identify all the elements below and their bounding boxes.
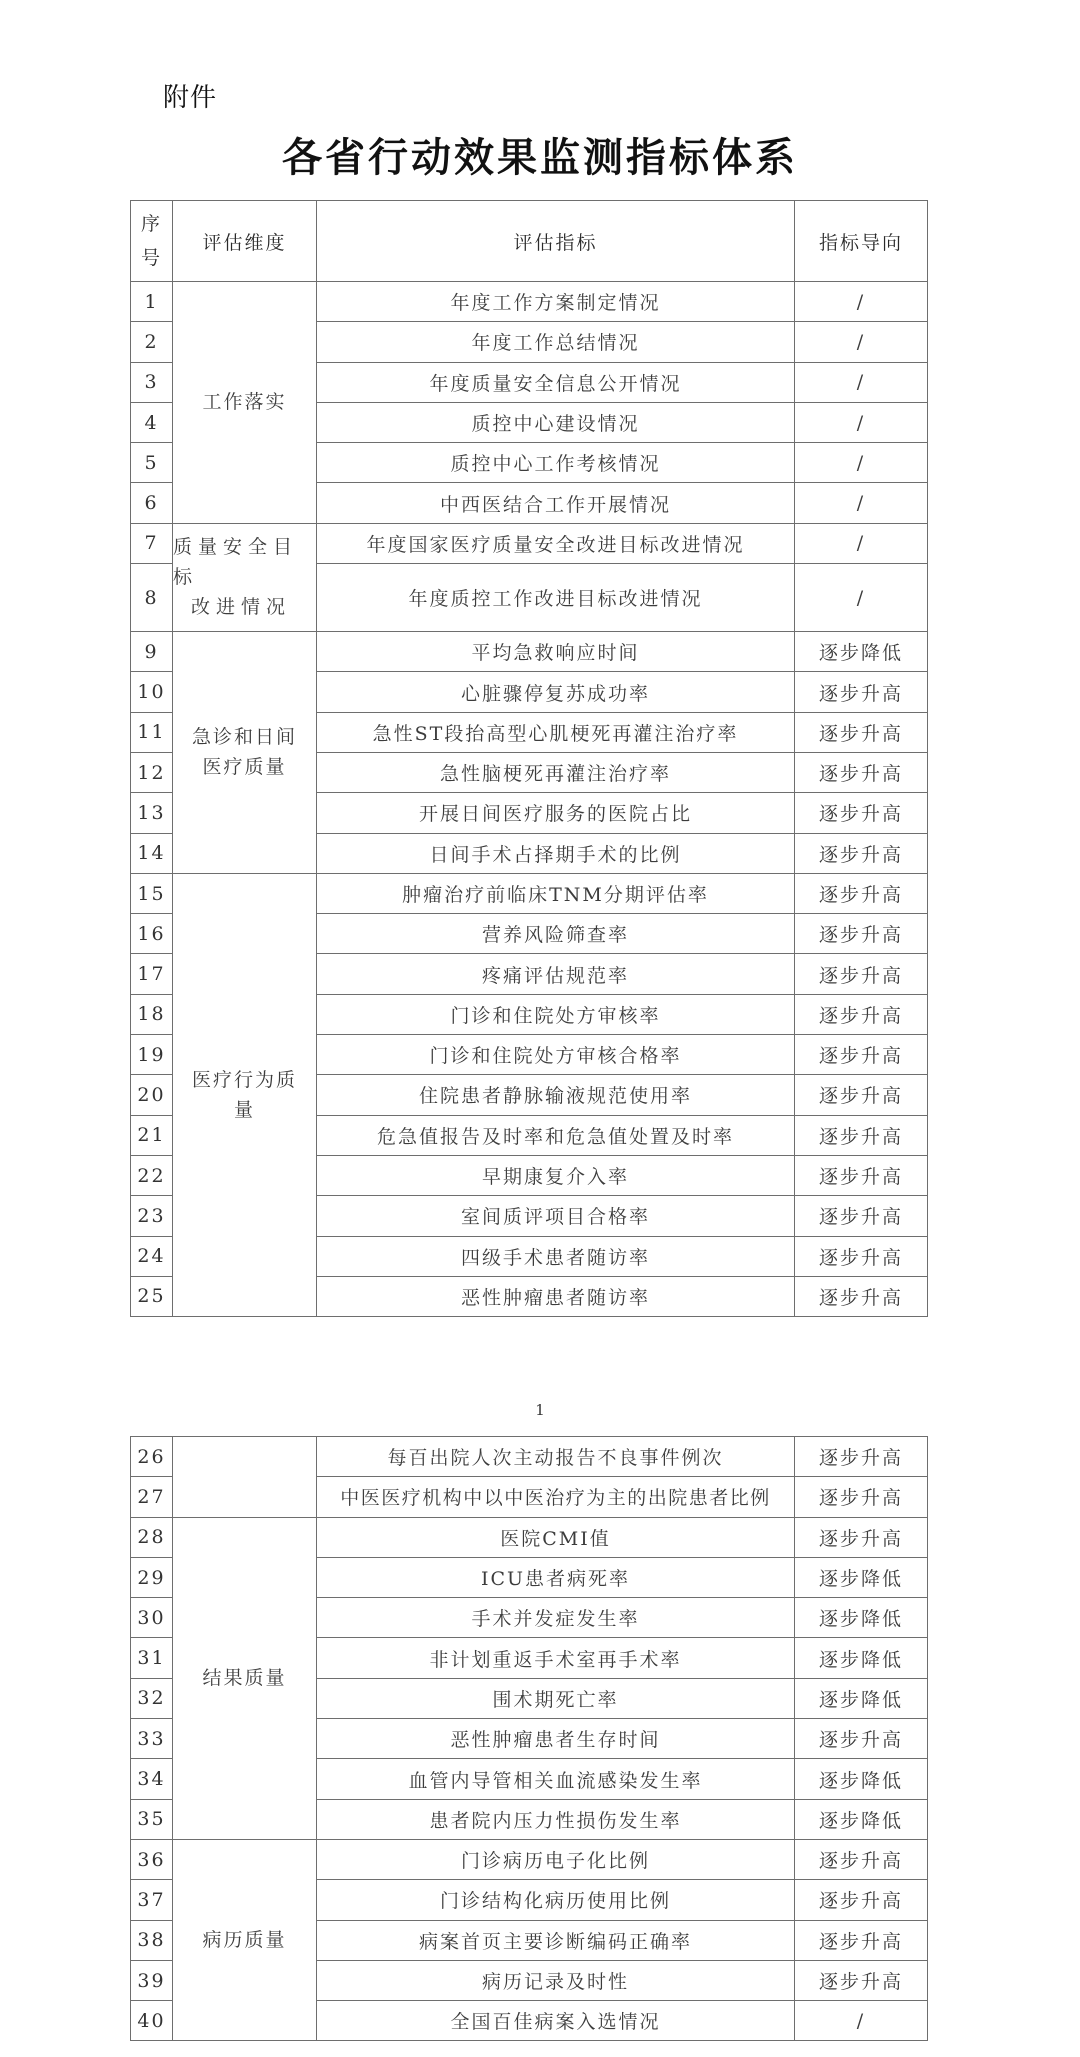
- row-number: 40: [131, 2001, 173, 2041]
- indicator-cell: 中西医结合工作开展情况: [317, 483, 795, 523]
- direction-cell: /: [795, 362, 928, 402]
- row-number: 32: [131, 1678, 173, 1718]
- direction-cell: /: [795, 402, 928, 442]
- indicator-cell: 室间质评项目合格率: [317, 1196, 795, 1236]
- indicator-cell: 患者院内压力性损伤发生率: [317, 1799, 795, 1839]
- indicator-cell: 恶性肿瘤患者随访率: [317, 1276, 795, 1316]
- indicator-cell: 年度工作方案制定情况: [317, 282, 795, 322]
- indicator-cell: 年度质控工作改进目标改进情况: [317, 564, 795, 632]
- direction-cell: /: [795, 564, 928, 632]
- row-number: 10: [131, 672, 173, 712]
- indicator-cell: 年度质量安全信息公开情况: [317, 362, 795, 402]
- indicator-cell: 质控中心建设情况: [317, 402, 795, 442]
- row-number: 21: [131, 1115, 173, 1155]
- direction-cell: 逐步升高: [795, 873, 928, 913]
- indicator-cell: 年度工作总结情况: [317, 322, 795, 362]
- direction-cell: 逐步升高: [795, 672, 928, 712]
- header-serial-number: 序 号: [131, 201, 173, 282]
- indicator-cell: 急性脑梗死再灌注治疗率: [317, 752, 795, 792]
- indicator-cell: 非计划重返手术室再手术率: [317, 1638, 795, 1678]
- indicator-cell: 急性ST段抬高型心肌梗死再灌注治疗率: [317, 712, 795, 752]
- table-row: 26 每百出院人次主动报告不良事件例次 逐步升高: [131, 1437, 928, 1477]
- indicator-cell: 恶性肿瘤患者生存时间: [317, 1719, 795, 1759]
- direction-cell: /: [795, 282, 928, 322]
- direction-cell: 逐步升高: [795, 1276, 928, 1316]
- row-number: 34: [131, 1759, 173, 1799]
- dimension-outcome-quality: 结果质量: [173, 1517, 317, 1839]
- row-number: 1: [131, 282, 173, 322]
- indicator-table-page-1: 序 号 评估维度 评估指标 指标导向 1 工作落实 年度工作方案制定情况 / 2…: [130, 200, 928, 1317]
- row-number: 7: [131, 523, 173, 563]
- indicator-cell: 质控中心工作考核情况: [317, 443, 795, 483]
- row-number: 9: [131, 632, 173, 672]
- direction-cell: 逐步升高: [795, 1155, 928, 1195]
- row-number: 27: [131, 1477, 173, 1517]
- row-number: 37: [131, 1880, 173, 1920]
- row-number: 8: [131, 564, 173, 632]
- header-dimension: 评估维度: [173, 201, 317, 282]
- direction-cell: 逐步升高: [795, 1075, 928, 1115]
- direction-cell: /: [795, 322, 928, 362]
- indicator-cell: 心脏骤停复苏成功率: [317, 672, 795, 712]
- direction-cell: 逐步升高: [795, 793, 928, 833]
- direction-cell: 逐步升高: [795, 1719, 928, 1759]
- row-number: 15: [131, 873, 173, 913]
- indicator-cell: 门诊和住院处方审核率: [317, 994, 795, 1034]
- dimension-medical-behavior: 医疗行为质 量: [173, 873, 317, 1316]
- indicator-cell: 每百出院人次主动报告不良事件例次: [317, 1437, 795, 1477]
- direction-cell: 逐步降低: [795, 1759, 928, 1799]
- direction-cell: /: [795, 483, 928, 523]
- page-number: 1: [0, 1400, 1080, 1420]
- direction-cell: 逐步降低: [795, 632, 928, 672]
- row-number: 5: [131, 443, 173, 483]
- indicator-cell: 开展日间医疗服务的医院占比: [317, 793, 795, 833]
- indicator-cell: 门诊结构化病历使用比例: [317, 1880, 795, 1920]
- table-row: 36 病历质量 门诊病历电子化比例 逐步升高: [131, 1839, 928, 1879]
- row-number: 22: [131, 1155, 173, 1195]
- table-row: 28 结果质量 医院CMI值 逐步升高: [131, 1517, 928, 1557]
- row-number: 26: [131, 1437, 173, 1477]
- indicator-cell: 病案首页主要诊断编码正确率: [317, 1920, 795, 1960]
- row-number: 20: [131, 1075, 173, 1115]
- direction-cell: /: [795, 2001, 928, 2041]
- indicator-cell: 门诊和住院处方审核合格率: [317, 1035, 795, 1075]
- direction-cell: 逐步升高: [795, 994, 928, 1034]
- row-number: 38: [131, 1920, 173, 1960]
- indicator-cell: 住院患者静脉输液规范使用率: [317, 1075, 795, 1115]
- row-number: 29: [131, 1557, 173, 1597]
- indicator-cell: 围术期死亡率: [317, 1678, 795, 1718]
- indicator-cell: ICU患者病死率: [317, 1557, 795, 1597]
- row-number: 2: [131, 322, 173, 362]
- indicator-cell: 四级手术患者随访率: [317, 1236, 795, 1276]
- row-number: 6: [131, 483, 173, 523]
- indicator-table-page-2: 26 每百出院人次主动报告不良事件例次 逐步升高 27 中医医疗机构中以中医治疗…: [130, 1436, 928, 2041]
- indicator-cell: 营养风险筛查率: [317, 914, 795, 954]
- indicator-cell: 医院CMI值: [317, 1517, 795, 1557]
- table-header-row: 序 号 评估维度 评估指标 指标导向: [131, 201, 928, 282]
- indicator-cell: 早期康复介入率: [317, 1155, 795, 1195]
- row-number: 30: [131, 1598, 173, 1638]
- direction-cell: 逐步升高: [795, 914, 928, 954]
- indicator-cell: 肿瘤治疗前临床TNM分期评估率: [317, 873, 795, 913]
- row-number: 25: [131, 1276, 173, 1316]
- direction-cell: 逐步升高: [795, 1035, 928, 1075]
- direction-cell: 逐步升高: [795, 954, 928, 994]
- direction-cell: 逐步升高: [795, 1839, 928, 1879]
- row-number: 24: [131, 1236, 173, 1276]
- table-row: 9 急诊和日间 医疗质量 平均急救响应时间 逐步降低: [131, 632, 928, 672]
- direction-cell: 逐步升高: [795, 1196, 928, 1236]
- direction-cell: /: [795, 443, 928, 483]
- row-number: 39: [131, 1960, 173, 2000]
- indicator-cell: 中医医疗机构中以中医治疗为主的出院患者比例: [317, 1477, 795, 1517]
- row-number: 14: [131, 833, 173, 873]
- dimension-medical-behavior-continued: [173, 1437, 317, 1518]
- indicator-cell: 血管内导管相关血流感染发生率: [317, 1759, 795, 1799]
- row-number: 11: [131, 712, 173, 752]
- row-number: 31: [131, 1638, 173, 1678]
- direction-cell: 逐步降低: [795, 1799, 928, 1839]
- indicator-cell: 危急值报告及时率和危急值处置及时率: [317, 1115, 795, 1155]
- direction-cell: 逐步降低: [795, 1598, 928, 1638]
- row-number: 18: [131, 994, 173, 1034]
- dimension-medical-record-quality: 病历质量: [173, 1839, 317, 2040]
- direction-cell: 逐步升高: [795, 752, 928, 792]
- row-number: 13: [131, 793, 173, 833]
- table-row: 7 质量安全目 标 改进情况 年度国家医疗质量安全改进目标改进情况 /: [131, 523, 928, 563]
- direction-cell: 逐步升高: [795, 1517, 928, 1557]
- dimension-quality-safety-targets: 质量安全目 标 改进情况: [173, 523, 317, 631]
- attachment-label: 附件: [163, 82, 217, 114]
- direction-cell: 逐步升高: [795, 1880, 928, 1920]
- row-number: 28: [131, 1517, 173, 1557]
- direction-cell: 逐步升高: [795, 1960, 928, 2000]
- row-number: 17: [131, 954, 173, 994]
- dimension-work-implementation: 工作落实: [173, 282, 317, 524]
- page-title: 各省行动效果监测指标体系: [0, 134, 1080, 182]
- direction-cell: 逐步升高: [795, 712, 928, 752]
- direction-cell: 逐步降低: [795, 1638, 928, 1678]
- dimension-emergency-day-care: 急诊和日间 医疗质量: [173, 632, 317, 874]
- row-number: 35: [131, 1799, 173, 1839]
- direction-cell: 逐步降低: [795, 1557, 928, 1597]
- indicator-cell: 门诊病历电子化比例: [317, 1839, 795, 1879]
- row-number: 12: [131, 752, 173, 792]
- indicator-cell: 日间手术占择期手术的比例: [317, 833, 795, 873]
- row-number: 4: [131, 402, 173, 442]
- row-number: 23: [131, 1196, 173, 1236]
- indicator-cell: 病历记录及时性: [317, 1960, 795, 2000]
- indicator-cell: 手术并发症发生率: [317, 1598, 795, 1638]
- table-row: 15 医疗行为质 量 肿瘤治疗前临床TNM分期评估率 逐步升高: [131, 873, 928, 913]
- direction-cell: 逐步升高: [795, 1236, 928, 1276]
- direction-cell: 逐步降低: [795, 1678, 928, 1718]
- direction-cell: 逐步升高: [795, 1920, 928, 1960]
- direction-cell: 逐步升高: [795, 1477, 928, 1517]
- indicator-cell: 年度国家医疗质量安全改进目标改进情况: [317, 523, 795, 563]
- row-number: 19: [131, 1035, 173, 1075]
- row-number: 3: [131, 362, 173, 402]
- table-row: 1 工作落实 年度工作方案制定情况 /: [131, 282, 928, 322]
- direction-cell: 逐步升高: [795, 1115, 928, 1155]
- row-number: 33: [131, 1719, 173, 1759]
- row-number: 16: [131, 914, 173, 954]
- direction-cell: /: [795, 523, 928, 563]
- row-number: 36: [131, 1839, 173, 1879]
- direction-cell: 逐步升高: [795, 833, 928, 873]
- header-direction: 指标导向: [795, 201, 928, 282]
- header-indicator: 评估指标: [317, 201, 795, 282]
- indicator-cell: 平均急救响应时间: [317, 632, 795, 672]
- indicator-cell: 疼痛评估规范率: [317, 954, 795, 994]
- indicator-cell: 全国百佳病案入选情况: [317, 2001, 795, 2041]
- direction-cell: 逐步升高: [795, 1437, 928, 1477]
